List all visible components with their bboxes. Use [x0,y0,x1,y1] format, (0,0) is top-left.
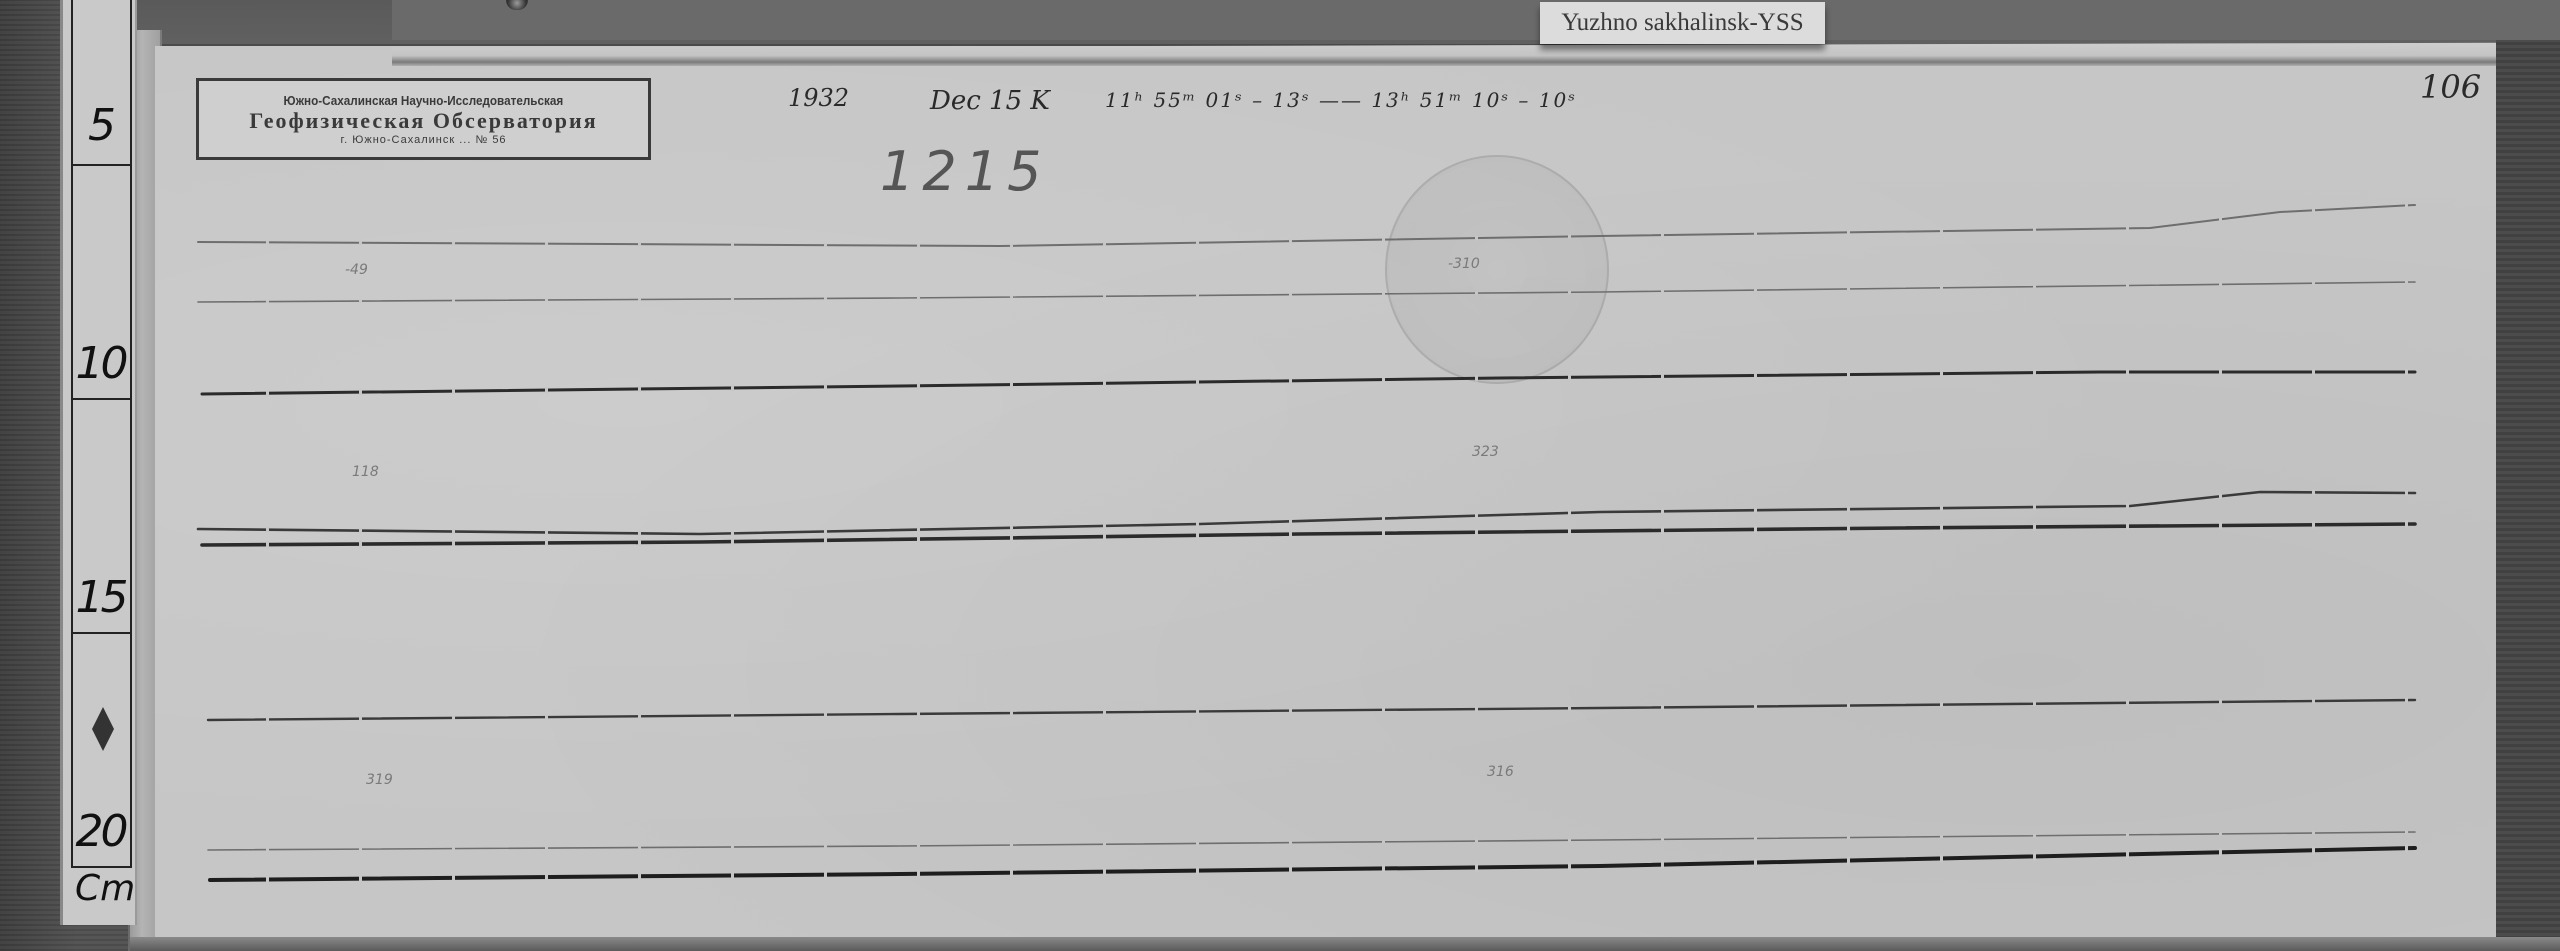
minute-mark [1382,377,1385,383]
minute-mark [1010,869,1013,877]
minute-mark [2312,831,2315,834]
minute-mark [1382,707,1385,712]
minute-mark [638,714,641,719]
minute-mark [1475,375,1478,381]
trace-line [208,832,2415,850]
minute-mark [1568,706,1571,711]
minute-mark [1754,837,1757,840]
minute-mark [1847,507,1850,512]
minute-mark [1661,233,1664,237]
minute-mark [1475,707,1478,712]
minute-mark [731,531,734,536]
minute-mark [1103,533,1106,540]
minute-mark [1103,843,1106,846]
minute-mark [452,847,455,850]
minute-mark [2219,522,2222,529]
minute-mark [1568,528,1571,535]
minute-mark [1940,286,1943,289]
trace-line [202,372,2415,394]
minute-mark [1010,244,1013,248]
minute-mark [1940,835,1943,838]
minute-mark [824,384,827,390]
minute-mark [1103,295,1106,298]
minute-mark [1754,526,1757,533]
minute-mark [824,529,827,534]
minute-mark [1754,232,1757,236]
trace-line [198,205,2415,246]
minute-mark [452,715,455,720]
minute-mark [1661,509,1664,514]
minute-mark [452,241,455,245]
minute-mark [2126,700,2129,705]
trace-line [202,524,2415,545]
minute-mark [638,872,641,880]
minute-mark [1196,532,1199,539]
minute-mark [545,873,548,881]
minute-mark [2126,833,2129,836]
minute-mark [1289,841,1292,844]
minute-mark [1382,530,1385,537]
minute-mark [2219,832,2222,835]
minute-mark [1847,703,1850,708]
minute-mark [1568,291,1571,294]
minute-mark [1475,291,1478,294]
minute-mark [1475,839,1478,842]
minute-mark [2126,369,2129,375]
minute-mark [1382,840,1385,843]
minute-mark [2126,503,2129,508]
minute-mark [1847,836,1850,839]
minute-mark [545,387,548,393]
minute-mark [2312,369,2315,375]
minute-mark [2405,281,2408,284]
minute-mark [452,299,455,302]
minute-mark [1103,868,1106,876]
minute-mark [452,540,455,547]
minute-mark [731,845,734,848]
minute-mark [545,298,548,301]
minute-mark [266,848,269,851]
minute-mark [2405,520,2408,527]
minute-mark [638,846,641,849]
minute-mark [359,299,362,302]
minute-mark [1475,513,1478,518]
minute-mark [2033,228,2036,232]
minute-mark [824,871,827,879]
seismogram-traces [0,0,2560,951]
minute-mark [1475,236,1478,240]
minute-mark [731,385,734,391]
minute-mark [1196,241,1199,245]
minute-mark [359,528,362,533]
minute-mark [1847,525,1850,532]
minute-mark [1010,534,1013,541]
minute-mark [824,297,827,300]
minute-mark [545,530,548,535]
minute-mark [824,243,827,247]
minute-mark [545,846,548,849]
minute-mark [731,538,734,545]
trace-line [208,700,2415,720]
minute-mark [359,716,362,721]
minute-mark [2312,490,2315,495]
minute-mark [1103,710,1106,715]
minute-mark [2405,369,2408,375]
minute-mark [266,876,269,884]
minute-mark [2219,283,2222,286]
minute-mark [1661,373,1664,379]
minute-mark [1940,854,1943,862]
minute-mark [2033,370,2036,376]
minute-mark [1754,372,1757,378]
minute-mark [1289,519,1292,524]
minute-mark [1103,523,1106,528]
minute-mark [452,874,455,882]
trace-line [198,282,2415,302]
minute-mark [1196,379,1199,385]
minute-mark [1568,862,1571,870]
minute-mark [1289,708,1292,713]
minute-mark [917,244,920,248]
minute-mark [1940,506,1943,511]
minute-mark [266,240,269,244]
minute-mark [2033,852,2036,860]
minute-mark [1289,866,1292,874]
minute-mark [1940,702,1943,707]
minute-mark [1475,529,1478,536]
minute-mark [2312,521,2315,528]
minute-mark [731,713,734,718]
minute-mark [2126,284,2129,287]
minute-mark [731,871,734,879]
minute-mark [1382,516,1385,521]
minute-mark [1289,239,1292,243]
minute-mark [638,386,641,392]
minute-mark [2126,523,2129,530]
minute-mark [731,243,734,247]
minute-mark [1010,843,1013,846]
minute-mark [1289,293,1292,296]
minute-mark [1940,371,1943,377]
minute-mark [1661,527,1664,534]
minute-mark [1754,704,1757,709]
minute-mark [2219,218,2222,222]
minute-mark [1103,242,1106,246]
minute-mark [2405,844,2408,852]
minute-mark [2126,226,2129,230]
minute-mark [2219,700,2222,705]
minute-mark [2405,698,2408,703]
minute-mark [2405,490,2408,495]
minute-mark [2312,846,2315,854]
minute-mark [917,711,920,716]
minute-mark [545,539,548,546]
minute-mark [1754,508,1757,513]
minute-mark [1847,372,1850,378]
minute-mark [1196,867,1199,875]
minute-mark [1196,521,1199,526]
minute-mark [266,300,269,303]
minute-mark [917,383,920,389]
minute-mark [1940,524,1943,531]
minute-mark [1475,863,1478,871]
minute-mark [1010,295,1013,298]
minute-mark [1289,378,1292,384]
minute-mark [1568,839,1571,842]
minute-mark [2219,848,2222,856]
minute-mark [2312,282,2315,285]
minute-mark [1382,238,1385,242]
minute-mark [638,539,641,546]
minute-mark [1010,525,1013,530]
minute-mark [2033,285,2036,288]
minute-mark [1661,838,1664,841]
minute-mark [359,875,362,883]
minute-mark [1754,859,1757,867]
minute-mark [638,531,641,536]
minute-mark [1661,705,1664,710]
minute-mark [1289,531,1292,538]
minute-mark [1196,709,1199,714]
minute-mark [1010,382,1013,388]
minute-mark [2033,504,2036,509]
minute-mark [1196,294,1199,297]
minute-mark [1196,842,1199,845]
minute-mark [917,527,920,532]
minute-mark [917,296,920,299]
minute-mark [1940,229,1943,233]
minute-mark [2033,701,2036,706]
minute-mark [917,536,920,543]
minute-mark [1010,711,1013,716]
minute-mark [2033,523,2036,530]
minute-mark [1661,861,1664,869]
trace-line [210,848,2415,880]
minute-mark [359,241,362,245]
minute-mark [638,242,641,246]
minute-mark [2219,369,2222,375]
minute-mark [2219,494,2222,499]
minute-mark [266,527,269,532]
minute-mark [1754,289,1757,292]
minute-mark [452,529,455,534]
minute-mark [545,242,548,246]
minute-mark [359,389,362,395]
minute-mark [638,298,641,301]
minute-mark [359,540,362,547]
minute-mark [2126,850,2129,858]
minute-mark [266,541,269,548]
minute-mark [2405,204,2408,208]
minute-mark [359,848,362,851]
minute-mark [824,845,827,848]
minute-mark [545,715,548,720]
minute-mark [1847,287,1850,290]
minute-mark [1847,230,1850,234]
minute-mark [1382,864,1385,872]
minute-mark [1568,235,1571,239]
minute-mark [824,537,827,544]
minute-mark [824,712,827,717]
minute-mark [731,297,734,300]
minute-mark [2312,699,2315,704]
minute-mark [1847,857,1850,865]
minute-mark [917,844,920,847]
minute-mark [1382,292,1385,295]
minute-mark [2312,208,2315,212]
minute-mark [266,717,269,722]
minute-mark [917,870,920,878]
minute-mark [1661,290,1664,293]
minute-mark [1103,380,1106,386]
minute-mark [1568,510,1571,515]
minute-mark [1568,374,1571,380]
minute-mark [452,388,455,394]
minute-mark [2405,830,2408,833]
minute-mark [266,390,269,396]
minute-mark [2033,834,2036,837]
